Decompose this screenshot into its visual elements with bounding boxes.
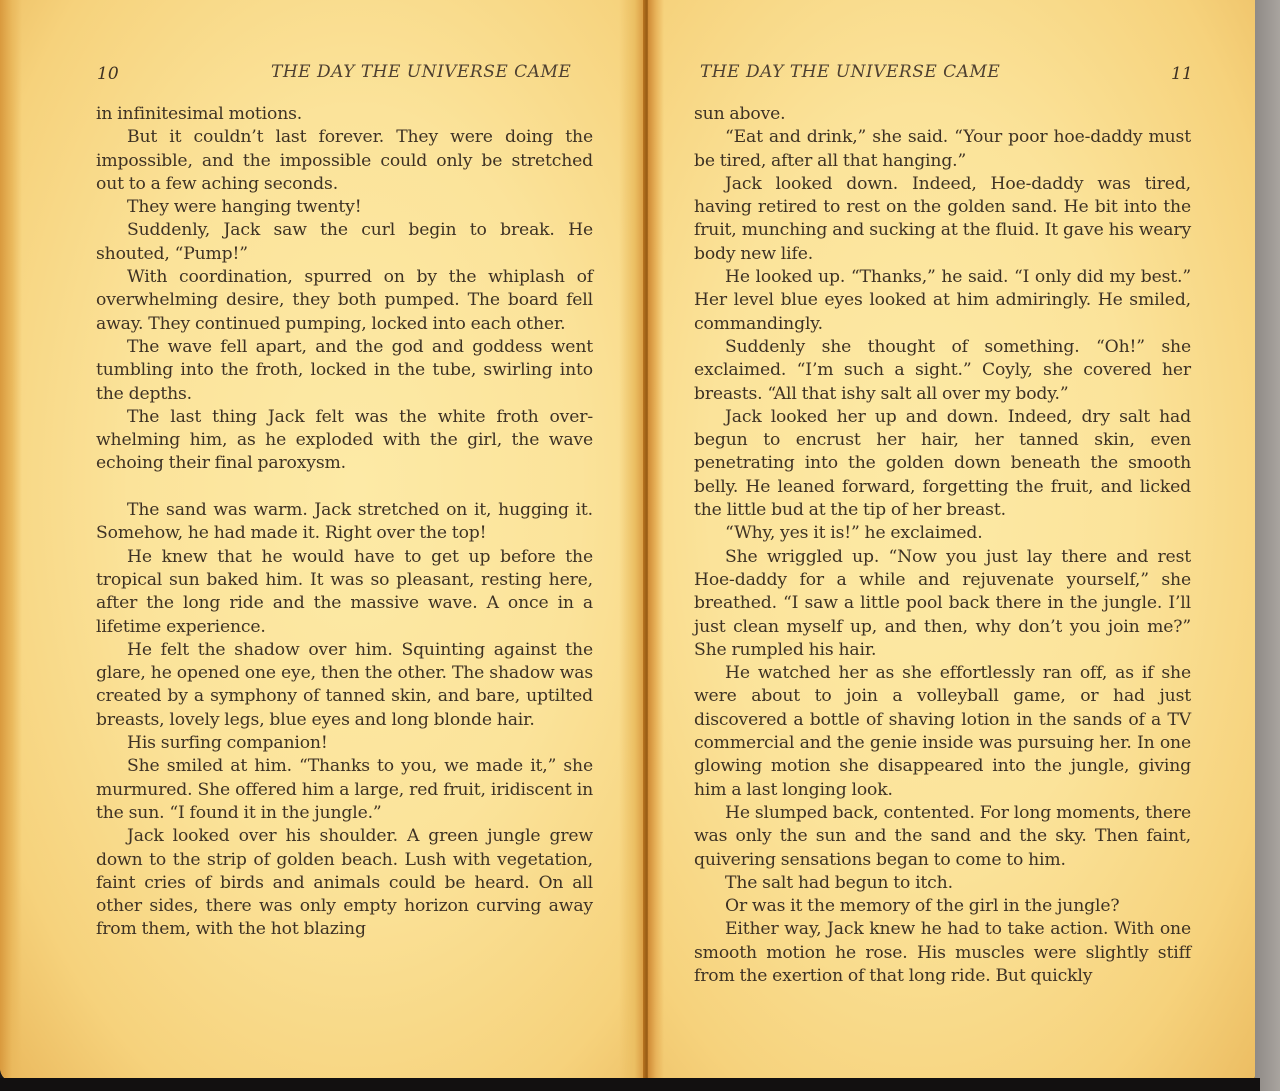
paragraph: Either way, Jack knew he had to take act…: [694, 918, 1191, 988]
book-spread: 10 THE DAY THE UNIVERSE CAME in infinite…: [0, 0, 1280, 1091]
page-number: 10: [97, 64, 119, 84]
paragraph: He watched her as she effortlessly ran o…: [694, 662, 1191, 802]
paragraph: She wriggled up. “Now you just lay there…: [694, 546, 1191, 662]
paragraph: Jack looked her up and down. Indeed, dry…: [694, 406, 1191, 522]
paragraph: He looked up. “Thanks,” he said. “I only…: [694, 266, 1191, 336]
paragraph: Jack looked over his shoulder. A green j…: [96, 825, 593, 941]
paragraph: sun above.: [694, 103, 1191, 126]
paragraph: He felt the shadow over him. Squinting a…: [96, 639, 593, 732]
paragraph: The wave fell apart, and the god and god…: [96, 336, 593, 406]
paragraph: “Eat and drink,” she said. “Your poor ho…: [694, 126, 1191, 173]
right-page: THE DAY THE UNIVERSE CAME 11 sun above. …: [648, 0, 1255, 1082]
left-page: 10 THE DAY THE UNIVERSE CAME in infinite…: [0, 0, 645, 1082]
paragraph: Or was it the memory of the girl in the …: [694, 895, 1191, 918]
paragraph: Jack looked down. Indeed, Hoe-daddy was …: [694, 173, 1191, 266]
paragraph: “Why, yes it is!” he exclaimed.: [694, 522, 1191, 545]
paragraph: Suddenly she thought of something. “Oh!”…: [694, 336, 1191, 406]
paragraph: But it couldn’t last forever. They were …: [96, 126, 593, 196]
paragraph: The salt had begun to itch.: [694, 872, 1191, 895]
paragraph: He knew that he would have to get up bef…: [96, 546, 593, 639]
paragraph: in infinitesimal motions.: [96, 103, 593, 126]
scan-backdrop: [1255, 0, 1280, 1091]
page-body-text: sun above. “Eat and drink,” she said. “Y…: [694, 103, 1191, 988]
page-body-text: in infinitesimal motions. But it couldn’…: [96, 103, 593, 942]
paragraph: The sand was warm. Jack stretched on it,…: [96, 499, 593, 546]
paragraph: With coordination, spurred on by the whi…: [96, 266, 593, 336]
page-number: 11: [1171, 64, 1193, 84]
paragraph: Suddenly, Jack saw the curl begin to bre…: [96, 219, 593, 266]
paragraph: The last thing Jack felt was the white f…: [96, 406, 593, 476]
book-bottom-edge: [0, 1078, 1260, 1091]
running-head: THE DAY THE UNIVERSE CAME: [700, 62, 1000, 82]
paragraph: She smiled at him. “Thanks to you, we ma…: [96, 755, 593, 825]
paragraph: He slumped back, contented. For long mom…: [694, 802, 1191, 872]
paragraph: His surfing companion!: [96, 732, 593, 755]
paragraph: They were hanging twenty!: [96, 196, 593, 219]
running-head: THE DAY THE UNIVERSE CAME: [271, 62, 571, 82]
